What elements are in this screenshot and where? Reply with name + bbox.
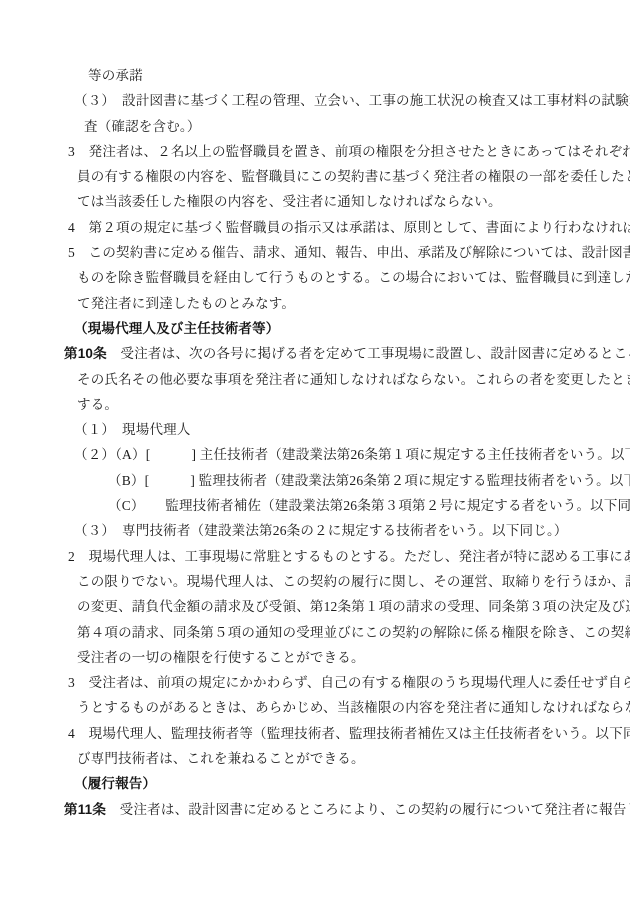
doc-line-para-4: 4 第２項の規定に基づく監督職員の指示又は承諾は、原則として、書面により行わなけ… — [64, 215, 584, 240]
doc-line-item-2c: （C） 監理技術者補佐（建設業法第26条第３項第２号に規定する者をいう。以下同じ… — [64, 493, 584, 518]
doc-line: て発注者に到達したものとみなす。 — [64, 291, 584, 316]
doc-line: ては当該委任した権限の内容を、受注者に通知しなければならない。 — [64, 189, 584, 214]
doc-line: 査（確認を含む。） — [64, 114, 584, 139]
doc-line-item-3: （３） 設計図書に基づく工程の管理、立会い、工事の施工状況の検査又は工事材料の試… — [64, 88, 584, 113]
doc-line-para-3: 3 発注者は、２名以上の監督職員を置き、前項の権限を分担させたときにあってはそれ… — [64, 139, 584, 164]
doc-line: この限りでない。現場代理人は、この契約の履行に関し、その運営、取締りを行うほか、… — [64, 569, 584, 594]
doc-line-item-2b: （B）[ ] 監理技術者（建設業法第26条第２項に規定する監理技術者をいう。以下… — [64, 468, 584, 493]
article-10-text: 受注者は、次の各号に掲げる者を定めて工事現場に設置し、設計図書に定めるところによ… — [107, 346, 630, 361]
doc-line-para-2: 2 現場代理人は、工事現場に常駐とするものとする。ただし、発注者が特に認める工事… — [64, 544, 584, 569]
doc-line: の変更、請負代金額の請求及び受領、第12条第１項の請求の受理、同条第３項の決定及… — [64, 594, 584, 619]
doc-line: ものを除き監督職員を経由して行うものとする。この場合においては、監督職員に到達し… — [64, 265, 584, 290]
article-line-11: 第11条 受注者は、設計図書に定めるところにより、この契約の履行について発注者に… — [64, 797, 584, 822]
section-heading-rikou-houkoku: （履行報告） — [64, 771, 584, 796]
article-11-text: 受注者は、設計図書に定めるところにより、この契約の履行について発注者に報告しなけ… — [106, 802, 630, 817]
doc-line-para-5: 5 この契約書に定める催告、請求、通知、報告、申出、承諾及び解除については、設計… — [64, 240, 584, 265]
doc-line: 受注者の一切の権限を行使することができる。 — [64, 645, 584, 670]
article-11-number: 第11条 — [64, 802, 106, 817]
doc-line: その氏名その他必要な事項を発注者に通知しなければならない。これらの者を変更したと… — [64, 367, 584, 392]
article-10-number: 第10条 — [64, 346, 107, 361]
article-line-10: 第10条 受注者は、次の各号に掲げる者を定めて工事現場に設置し、設計図書に定める… — [64, 341, 584, 366]
doc-line-para-4b: 4 現場代理人、監理技術者等（監理技術者、監理技術者補佐又は主任技術者をいう。以… — [64, 721, 584, 746]
doc-line-item-3b: （３） 専門技術者（建設業法第26条の２に規定する技術者をいう。以下同じ。） — [64, 518, 584, 543]
document-page: 等の承諾 （３） 設計図書に基づく工程の管理、立会い、工事の施工状況の検査又は工… — [0, 0, 630, 903]
doc-line: 等の承諾 — [64, 63, 584, 88]
doc-line-para-3b: 3 受注者は、前項の規定にかかわらず、自己の有する権限のうち現場代理人に委任せず… — [64, 670, 584, 695]
doc-line-item-2a: （２）（A）[ ] 主任技術者（建設業法第26条第１項に規定する主任技術者をいう… — [64, 442, 584, 467]
doc-line: する。 — [64, 392, 584, 417]
section-heading-genba-dairinin: （現場代理人及び主任技術者等） — [64, 316, 584, 341]
doc-line: 第４項の請求、同条第５項の通知の受理並びにこの契約の解除に係る権限を除き、この契… — [64, 620, 584, 645]
doc-line: 員の有する権限の内容を、監督職員にこの契約書に基づく発注者の権限の一部を委任した… — [64, 164, 584, 189]
doc-line-item-1: （１） 現場代理人 — [64, 417, 584, 442]
doc-line: うとするものがあるときは、あらかじめ、当該権限の内容を発注者に通知しなければなら… — [64, 695, 584, 720]
contract-text-block: 等の承諾 （３） 設計図書に基づく工程の管理、立会い、工事の施工状況の検査又は工… — [64, 63, 584, 822]
doc-line: び専門技術者は、これを兼ねることができる。 — [64, 746, 584, 771]
